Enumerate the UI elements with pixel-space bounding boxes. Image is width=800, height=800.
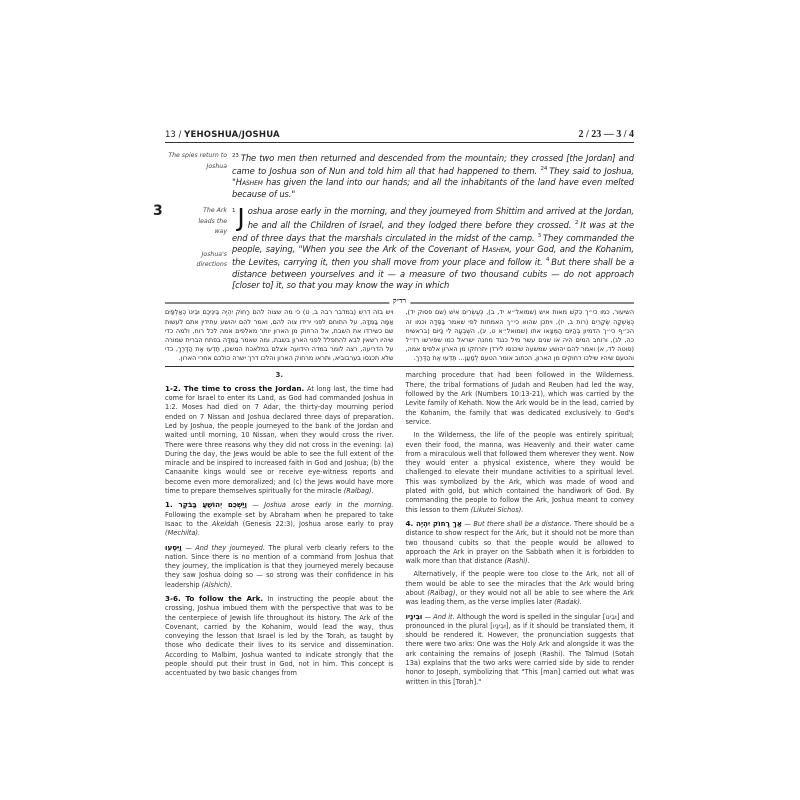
- entry-gloss: — Joshua arose early in the morning.: [252, 501, 393, 509]
- verse-24-b: has given the land into our hands; and a…: [232, 177, 634, 198]
- entry-title: וַיִּסְעוּ: [165, 543, 182, 552]
- entry-source: (Likutei Sichos).: [471, 506, 524, 514]
- commentary-entry: 1-2. The time to cross the Jordan. At lo…: [165, 384, 394, 497]
- entry-text: marching procedure that had been followe…: [406, 371, 635, 425]
- verse-number: 2: [575, 220, 578, 226]
- entry-text: Although the word is spelled in the sing…: [406, 613, 635, 686]
- commentary-entry: In the Wilderness, the life of the peopl…: [406, 431, 635, 515]
- book-title: YEHOSHUA/JOSHUA: [184, 130, 280, 140]
- hebrew-col-left: ויש בזה דרש (במדבר רבה ב, ט) כי מה שצוה …: [165, 308, 394, 363]
- entry-gloss: — And it.: [424, 613, 454, 621]
- commentary-entry: Alternatively, if the people were too cl…: [406, 570, 635, 607]
- scripture-text: 1Joshua arose early in the morning, and …: [232, 206, 634, 291]
- running-head-left: 13 / YEHOSHUA/JOSHUA: [165, 130, 280, 140]
- radak-label: רד״ק: [389, 297, 410, 305]
- verse-number: 1: [232, 206, 235, 217]
- entry-source: (Rashi).: [504, 557, 529, 565]
- verse-number: 4: [546, 257, 549, 263]
- radak-separator: רד״ק: [165, 298, 634, 306]
- commentary-col-right: marching procedure that had been followe…: [406, 371, 635, 691]
- entry-title: 1-2. The time to cross the Jordan.: [165, 384, 304, 393]
- drop-cap: J: [237, 207, 244, 229]
- commentary-rule: [165, 366, 634, 367]
- commentary-entry: וַיִּסְעוּ — And they journeyed. The plu…: [165, 543, 394, 590]
- entry-text: At long last, the time had come for Isra…: [165, 385, 394, 495]
- book-page: 13 / YEHOSHUA/JOSHUA 2 / 23 — 3 / 4 The …: [165, 126, 634, 691]
- hebrew-col-right: השיעור, כמו כי״ך כִּקשׁ מאות איש (שמואל״…: [406, 308, 635, 363]
- entry-source: (Mechilta).: [165, 529, 200, 537]
- verses-chapter-2: The spies return to Joshua 23The two men…: [165, 151, 634, 200]
- commentary-col-left: 3. 1-2. The time to cross the Jordan. At…: [165, 371, 394, 691]
- chapter-number: 3: [153, 206, 163, 217]
- commentary-entry: 1. וַיַּשְׁכֵּם יְהוֹשֻׁעַ בַּבֹּקֶר — J…: [165, 500, 394, 538]
- hebrew-commentary: השיעור, כמו כי״ך כִּקשׁ מאות איש (שמואל״…: [165, 308, 634, 363]
- running-head: 13 / YEHOSHUA/JOSHUA 2 / 23 — 3 / 4: [165, 126, 634, 140]
- entry-title: 1. וַיַּשְׁכֵּם יְהוֹשֻׁעַ בַּבֹּקֶר: [165, 500, 247, 509]
- margin-note-ark-leads: The Ark leads the way: [165, 206, 227, 238]
- commentary-entry: marching procedure that had been followe…: [406, 371, 635, 427]
- entry-title: וּבֵינָיו: [406, 612, 423, 621]
- margin-note-spies-return: The spies return to Joshua: [165, 151, 232, 200]
- entry-text: (Genesis 22:3), Joshua arose early to pr…: [239, 520, 394, 528]
- entry-source: (Ralbag): [427, 589, 455, 597]
- entry-title: 3-6. To follow the Ark.: [165, 594, 263, 603]
- entry-gloss: — But there shall be a distance.: [464, 520, 571, 528]
- commentary-chapter-heading: 3.: [165, 371, 394, 380]
- verse-number: 23: [232, 153, 239, 159]
- entry-source: (Ralbag).: [344, 487, 374, 495]
- verse-number: 24: [540, 166, 547, 172]
- hashem: Hashem: [482, 244, 509, 254]
- entry-title: 4. אַךְ רָחוֹק יִהְיֶה: [406, 519, 463, 528]
- verse-number: 3: [538, 233, 541, 239]
- english-commentary: 3. 1-2. The time to cross the Jordan. At…: [165, 371, 634, 691]
- commentary-entry: 3-6. To follow the Ark. In instructing t…: [165, 594, 394, 679]
- entry-source: (Alshich).: [202, 581, 233, 589]
- entry-text: In the Wilderness, the life of the peopl…: [406, 431, 635, 513]
- entry-text: In instructing the people about the cros…: [165, 595, 394, 677]
- verses-chapter-3: 3 The Ark leads the way Joshua's directi…: [165, 206, 634, 291]
- entry-gloss: — And they journeyed.: [185, 544, 265, 552]
- margin-col: 3 The Ark leads the way Joshua's directi…: [165, 206, 232, 291]
- margin-note-joshuas-directions: Joshua's directions: [165, 250, 227, 271]
- commentary-entry: 4. אַךְ רָחוֹק יִהְיֶה — But there shall…: [406, 519, 635, 566]
- page-number: 13: [165, 130, 176, 140]
- header-rule: [165, 142, 634, 143]
- scripture-text: 23The two men then returned and descende…: [232, 151, 634, 200]
- verse-range: 2 / 23 — 3 / 4: [578, 129, 634, 140]
- hashem: Hashem: [236, 177, 263, 187]
- entry-term: Akeidah: [212, 520, 239, 528]
- commentary-entry: וּבֵינָיו — And it. Although the word is…: [406, 612, 635, 687]
- entry-source: (Radak).: [554, 598, 582, 606]
